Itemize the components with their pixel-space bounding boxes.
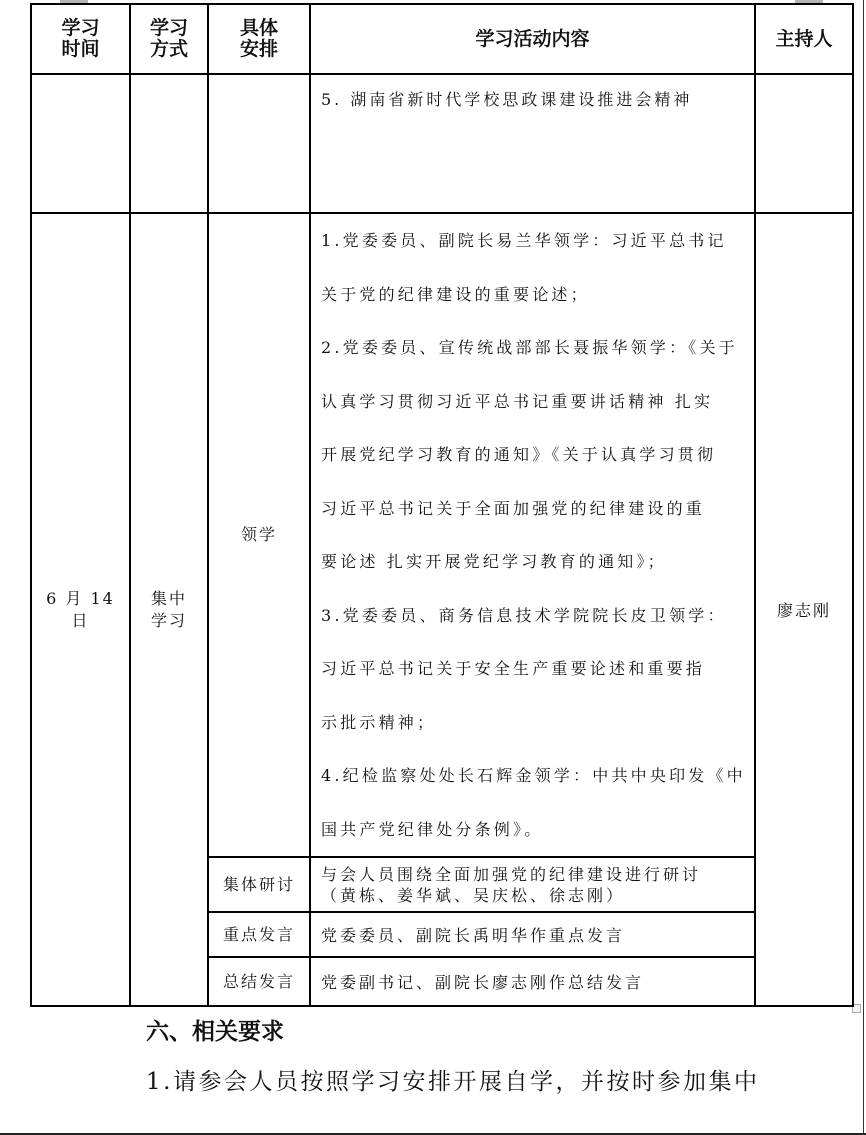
page-edge-right — [863, 0, 864, 1133]
requirement-paragraph-1: 1.请参会人员按照学习安排开展自学，并按时参加集中 — [146, 1063, 759, 1096]
method-line: 集中 — [131, 588, 207, 610]
content-line: 要论述 扎实开展党纪学习教育的通知》； — [321, 535, 746, 589]
cell-arrangement-summary: 总结发言 — [208, 957, 310, 1006]
cell-content-summary: 党委副书记、副院长廖志刚作总结发言 — [310, 957, 755, 1006]
header-line: 具体 — [209, 18, 309, 39]
content-line: 与会人员围绕全面加强党的纪律建设进行研讨 — [321, 864, 754, 885]
content-line: 国共产党纪律处分条例》。 — [321, 803, 746, 857]
content-line: 开展党纪学习教育的通知》《关于认真学习贯彻 — [321, 428, 746, 482]
table-row-main: 6 月 14 日 集中 学习 领学 1.党委委员、副院长易兰华领学：习近平总书记… — [31, 213, 853, 857]
header-line: 方式 — [131, 39, 207, 60]
cell-host-empty — [755, 74, 853, 213]
cell-time-empty — [31, 74, 130, 213]
cell-content-keynote: 党委委员、副院长禹明华作重点发言 — [310, 912, 755, 957]
cell-arrangement-keynote: 重点发言 — [208, 912, 310, 957]
cell-arrangement-lead-study: 领学 — [208, 213, 310, 857]
cell-method-empty — [130, 74, 208, 213]
header-study-method: 学习 方式 — [130, 4, 208, 74]
study-schedule-table: 学习 时间 学习 方式 具体 安排 学习活动内容 主持人 5. 湖南省新时代学校… — [30, 3, 854, 1007]
header-study-time: 学习 时间 — [31, 4, 130, 74]
header-arrangement: 具体 安排 — [208, 4, 310, 74]
table-header-row: 学习 时间 学习 方式 具体 安排 学习活动内容 主持人 — [31, 4, 853, 74]
method-line: 学习 — [131, 610, 207, 632]
cell-host: 廖志刚 — [755, 213, 853, 1006]
cell-content-discussion: 与会人员围绕全面加强党的纪律建设进行研讨 （黄栋、姜华斌、吴庆松、徐志刚） — [310, 857, 755, 912]
cell-method: 集中 学习 — [130, 213, 208, 1006]
content-line: 1.党委委员、副院长易兰华领学：习近平总书记 — [321, 214, 746, 268]
cell-content-item5: 5. 湖南省新时代学校思政课建设推进会精神 — [310, 74, 755, 213]
content-line: （黄栋、姜华斌、吴庆松、徐志刚） — [321, 885, 754, 906]
content-line: 4.纪检监察处处长石辉金领学：中共中央印发《中 — [321, 749, 746, 803]
cell-arrangement-empty — [208, 74, 310, 213]
cell-arrangement-discussion: 集体研讨 — [208, 857, 310, 912]
content-line: 习近平总书记关于安全生产重要论述和重要指 — [321, 642, 746, 696]
date-line: 日 — [32, 610, 129, 632]
cell-date: 6 月 14 日 — [31, 213, 130, 1006]
date-line: 6 月 14 — [32, 588, 129, 610]
content-line: 3.党委委员、商务信息技术学院院长皮卫领学： — [321, 589, 746, 643]
header-host: 主持人 — [755, 4, 853, 74]
content-line: 2.党委委员、宣传统战部部长聂振华领学：《关于 — [321, 321, 746, 375]
header-line: 安排 — [209, 39, 309, 60]
cell-content-lead-study: 1.党委委员、副院长易兰华领学：习近平总书记 关于党的纪律建设的重要论述； 2.… — [310, 213, 755, 857]
header-activity-content: 学习活动内容 — [310, 4, 755, 74]
content-line: 示批示精神； — [321, 696, 746, 750]
content-line: 习近平总书记关于全面加强党的纪律建设的重 — [321, 482, 746, 536]
table-row-continued: 5. 湖南省新时代学校思政课建设推进会精神 — [31, 74, 853, 213]
content-line: 关于党的纪律建设的重要论述； — [321, 268, 746, 322]
content-line: 认真学习贯彻习近平总书记重要讲话精神 扎实 — [321, 375, 746, 429]
header-line: 学习 — [32, 18, 129, 39]
section-heading: 六、相关要求 — [146, 1013, 284, 1046]
header-line: 学习 — [131, 18, 207, 39]
header-line: 时间 — [32, 39, 129, 60]
content-item-5: 5. 湖南省新时代学校思政课建设推进会精神 — [321, 75, 746, 110]
